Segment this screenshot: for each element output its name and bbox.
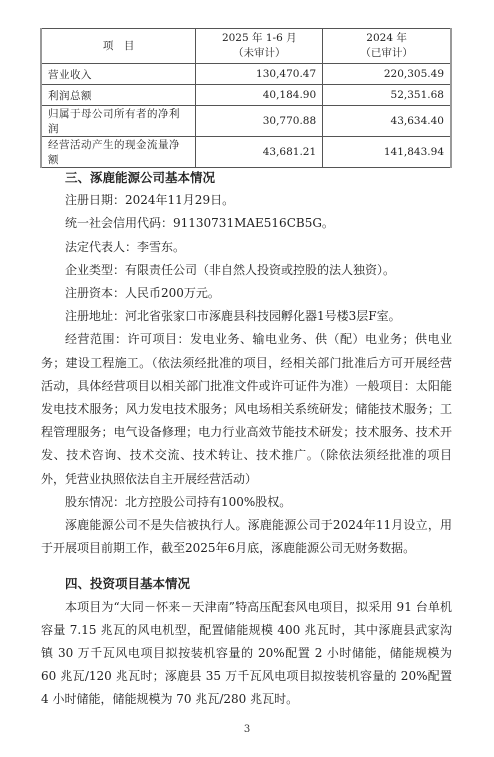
table-row: 归属于母公司所有者的净利润 30,770.88 43,634.40 xyxy=(41,106,451,137)
company-status-note: 涿鹿能源公司不是失信被执行人。涿鹿能源公司于2024年11月设立，用于开展项目前… xyxy=(41,514,452,560)
registration-date: 注册日期：2024年11月29日。 xyxy=(41,189,452,212)
header-item: 项 目 xyxy=(41,29,196,64)
row-label: 归属于母公司所有者的净利润 xyxy=(41,106,196,137)
header-period-label: 2025 年 1-6 月 xyxy=(202,31,316,46)
section-heading-company-info: 三、涿鹿能源公司基本情况 xyxy=(41,166,452,189)
cell-h1-2025: 43,681.21 xyxy=(196,137,323,168)
project-description: 本项目为“大同－怀来－天津南”特高压配套风电项目，拟采用 91 台单机容量 7.… xyxy=(41,596,452,712)
financial-summary-table: 项 目 2025 年 1-6 月 （未审计） 2024 年 （已审计） 营业收入… xyxy=(40,28,452,168)
row-label: 营业收入 xyxy=(41,64,196,85)
table-row: 经营活动产生的现金流量净额 43,681.21 141,843.94 xyxy=(41,137,451,168)
table-row: 利润总额 40,184.90 52,351.68 xyxy=(41,85,451,106)
business-scope: 经营范围：许可项目：发电业务、输电业务、供（配）电业务；供电业务；建设工程施工。… xyxy=(41,328,452,490)
section-heading-project-info: 四、投资项目基本情况 xyxy=(41,572,452,595)
header-h1-2025: 2025 年 1-6 月 （未审计） xyxy=(196,29,323,64)
page-number: 3 xyxy=(0,724,494,735)
table-row: 营业收入 130,470.47 220,305.49 xyxy=(41,64,451,85)
enterprise-type: 企业类型：有限责任公司（非自然人投资或控股的法人独资）。 xyxy=(41,259,452,282)
header-audit-status: （未审计） xyxy=(202,46,316,61)
cell-fy-2024: 43,634.40 xyxy=(323,106,451,137)
credit-code: 统一社会信用代码：91130731MAE516CB5G。 xyxy=(41,212,452,235)
shareholder-info: 股东情况：北方控股公司持有100%股权。 xyxy=(41,491,452,514)
header-fy-2024: 2024 年 （已审计） xyxy=(323,29,451,64)
cell-fy-2024: 141,843.94 xyxy=(323,137,451,168)
table-header-row: 项 目 2025 年 1-6 月 （未审计） 2024 年 （已审计） xyxy=(41,29,451,64)
legal-representative: 法定代表人：李雪东。 xyxy=(41,236,452,259)
cell-h1-2025: 130,470.47 xyxy=(196,64,323,85)
cell-fy-2024: 52,351.68 xyxy=(323,85,451,106)
header-period-label: 2024 年 xyxy=(329,31,444,46)
cell-h1-2025: 40,184.90 xyxy=(196,85,323,106)
row-label: 经营活动产生的现金流量净额 xyxy=(41,137,196,168)
registered-capital: 注册资本：人民币200万元。 xyxy=(41,282,452,305)
body-text: 三、涿鹿能源公司基本情况 注册日期：2024年11月29日。 统一社会信用代码：… xyxy=(41,166,452,712)
header-audit-status: （已审计） xyxy=(329,46,444,61)
section-spacer xyxy=(41,560,452,572)
registered-address: 注册地址：河北省张家口市涿鹿县科技园孵化器1号楼3层F室。 xyxy=(41,305,452,328)
cell-fy-2024: 220,305.49 xyxy=(323,64,451,85)
row-label: 利润总额 xyxy=(41,85,196,106)
document-page: 项 目 2025 年 1-6 月 （未审计） 2024 年 （已审计） 营业收入… xyxy=(0,0,494,757)
cell-h1-2025: 30,770.88 xyxy=(196,106,323,137)
